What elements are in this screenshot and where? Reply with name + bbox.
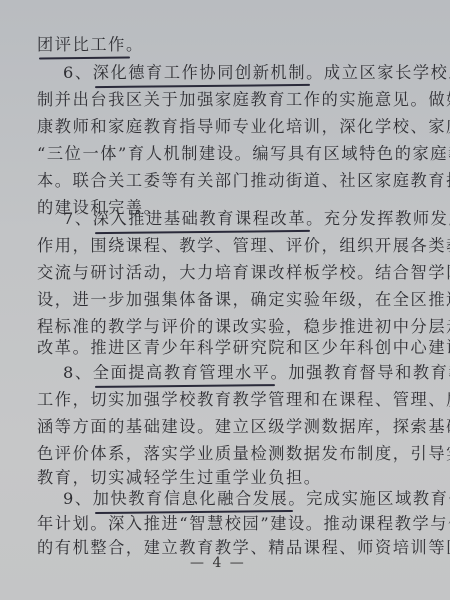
- text-line: 年计划。深入推进“智慧校园”建设。推动课程教学与信息资源: [37, 514, 417, 536]
- text-line: 教育，切实减轻学生过重学业负担。: [37, 468, 417, 490]
- text-line: 改革。推进区青少年科学研究院和区少年科创中心建设。: [37, 338, 417, 360]
- text-line: 程标准的教学与评价的课改实验，稳步推进初中分层走班教学: [37, 317, 417, 339]
- text-line: 团评比工作。: [37, 35, 417, 57]
- text-line: “三位一体”育人机制建设。编写具有区域特色的家庭教育读: [37, 144, 417, 166]
- handwritten-underline-text: 全面提高教育管理水平: [93, 363, 271, 382]
- handwritten-underline-text: 深化德育工作协同创新机制: [93, 63, 306, 82]
- text-line: 涵等方面的基础建设。建立区级学测数据库，探索基础教育绿: [37, 417, 417, 439]
- handwritten-underline-text: 团评比工作: [37, 35, 126, 54]
- text-line: 工作，切实加强学校教育教学管理和在课程、管理、质量、内: [37, 390, 417, 412]
- text-line: 色评价体系，落实学业质量检测数据发布制度，引导实施素质: [37, 444, 417, 466]
- text-line: 本。联合关工委等有关部门推动街道、社区家庭教育指导机构: [37, 171, 417, 193]
- text-line: 设，进一步加强集体备课，确定实验年级，在全区推进基于课: [37, 290, 417, 312]
- item-9-heading: 9、加快教育信息化融合发展。完成实施区域教育信息化三: [63, 489, 443, 511]
- item-7-heading: 7、深入推进基础教育课程改革。充分发挥教师发展中心的: [63, 209, 443, 231]
- text-line: 康教师和家庭教育指导师专业化培训，深化学校、家庭、社会: [37, 117, 417, 139]
- page-number: — 4 —: [190, 555, 246, 571]
- text-line: 作用，围绕课程、教学、管理、评价，组织开展各类教育教学: [37, 236, 417, 258]
- item-6-heading: 6、深化德育工作协同创新机制。成立区家长学校总校。研: [63, 63, 443, 85]
- handwritten-underline-text: 加快教育信息化融合发展: [93, 489, 289, 508]
- item-8-heading: 8、全面提高教育管理水平。加强教育督导和教育教学视导: [63, 363, 443, 385]
- document-page: 团评比工作。 6、深化德育工作协同创新机制。成立区家长学校总校。研 制并出台我区…: [0, 0, 450, 600]
- text-line: 交流与研讨活动，大力培育课改样板学校。结合智学网的建: [37, 263, 417, 285]
- text-line: 制并出台我区关于加强家庭教育工作的实施意见。做好心理健: [37, 90, 417, 112]
- handwritten-underline-text: 深入推进基础教育课程改革: [93, 209, 306, 228]
